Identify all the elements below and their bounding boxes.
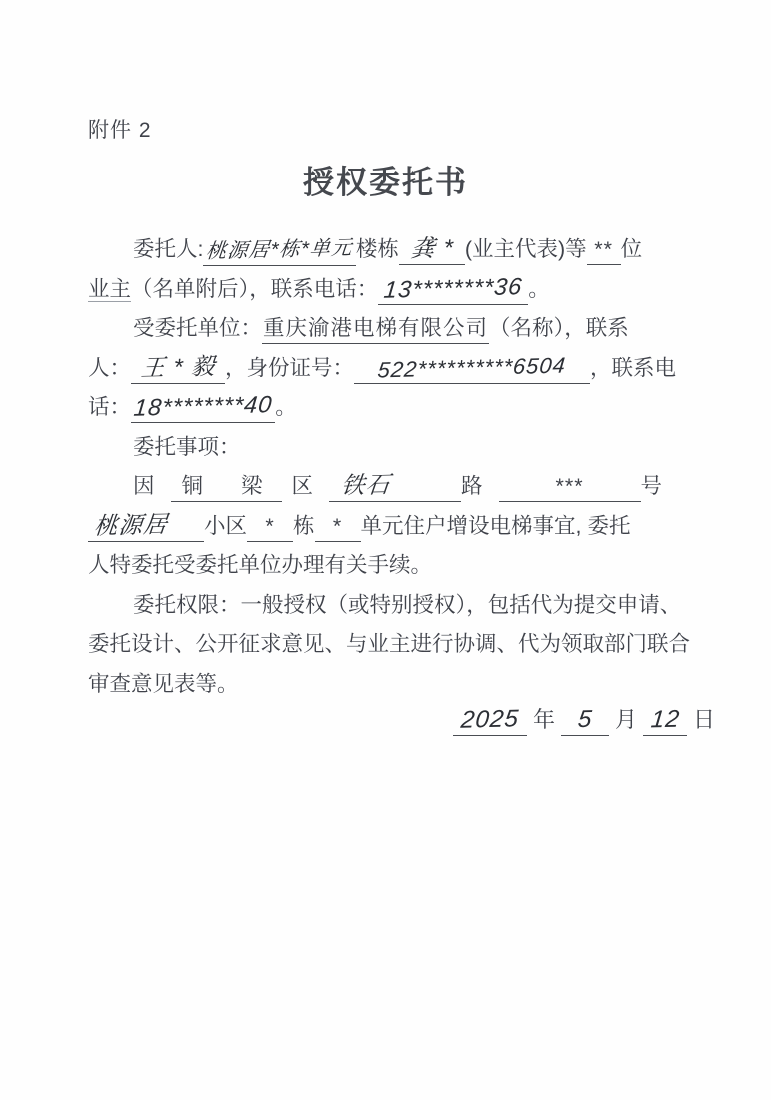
building-label: 楼栋: [356, 237, 399, 261]
matters-heading: 委托事项：: [88, 428, 700, 468]
community-name-fill: 桃源居: [88, 511, 204, 542]
id-number-label: ，身份证号：: [225, 356, 354, 380]
matters-line-2: 桃源居小区*栋*单元住户增设电梯事宜, 委托: [88, 507, 700, 547]
representative-name-fill: 龚 *: [399, 234, 465, 265]
after-company-text: （名称），联系: [489, 316, 629, 340]
district-fill: 铜 梁: [171, 471, 282, 502]
date-day-label: 日: [693, 707, 715, 732]
after-representative-text: (业主代表)等: [465, 237, 587, 261]
contact-name-fill: 王 * 毅: [131, 353, 225, 384]
matters-line-1: 因铜 梁区铁石路***号: [88, 467, 700, 507]
trustee-line-3: 话：18********40。: [88, 388, 700, 428]
building-suffix: 栋: [293, 514, 315, 538]
date-month-fill: 5: [561, 705, 609, 736]
road-name-fill: 铁石: [329, 471, 461, 502]
after-count-text: 位: [621, 237, 643, 261]
client-line2-period: 。: [528, 277, 550, 301]
client-line-2: 业主（名单附后），联系电话：13********36。: [88, 270, 700, 310]
trustee-line-2: 人：王 * 毅，身份证号：522**********6504，联系电: [88, 349, 700, 389]
authority-line-2: 委托设计、公开征求意见、与业主进行协调、代为领取部门联合: [88, 625, 700, 665]
building-number-fill: *: [247, 511, 293, 542]
client-location-fill: 桃源居*栋*单元: [203, 234, 355, 266]
trustee-line2-end: ，联系电: [590, 356, 676, 380]
document-body: 委托人:桃源居*栋*单元楼栋龚 *(业主代表)等**位 业主（名单附后），联系电…: [88, 230, 700, 704]
company-name-fill: 重庆渝港电梯有限公司: [262, 313, 489, 344]
phone-label: 话：: [88, 395, 131, 419]
date-day-fill: 12: [643, 705, 687, 736]
authority-line-3: 审查意见表等。: [88, 665, 700, 705]
owner-count-fill: **: [587, 234, 621, 265]
date-year-fill: 2025: [453, 705, 527, 736]
id-number-fill: 522**********6504: [354, 353, 590, 384]
scanned-document-page: 附件 2 授权委托书 委托人:桃源居*栋*单元楼栋龚 *(业主代表)等**位 业…: [0, 0, 771, 1100]
date-month-label: 月: [615, 707, 637, 732]
client-phone-fill: 13********36: [378, 274, 528, 305]
unit-suffix: 单元住户增设电梯事宜, 委托: [361, 514, 631, 538]
authority-line-1: 委托权限：一般授权（或特别授权），包括代为提交申请、: [88, 586, 700, 626]
trustee-line-1: 受委托单位：重庆渝港电梯有限公司（名称），联系: [88, 309, 700, 349]
number-suffix: 号: [641, 474, 663, 498]
document-title: 授权委托书: [0, 157, 771, 202]
unit-number-fill: *: [315, 511, 361, 542]
client-contact-text: （名单附后），联系电话：: [131, 277, 378, 301]
matters-line-3: 人特委托受委托单位办理有关手续。: [88, 546, 700, 586]
community-suffix: 小区: [204, 514, 247, 538]
date-year-label: 年: [533, 707, 555, 732]
trustee-phone-fill: 18********40: [131, 392, 275, 423]
road-suffix: 路: [461, 474, 483, 498]
client-label: 委托人:: [133, 237, 203, 261]
contact-person-label: 人：: [88, 356, 131, 380]
matters-yin: 因: [133, 474, 155, 498]
attachment-label: 附件 2: [88, 114, 152, 144]
date-line: 2025年5月12日: [447, 700, 715, 740]
district-suffix: 区: [292, 474, 314, 498]
client-line-1: 委托人:桃源居*栋*单元楼栋龚 *(业主代表)等**位: [88, 230, 700, 270]
owner-word: 业主: [88, 277, 131, 302]
street-number-fill: ***: [499, 471, 641, 502]
trustee-label: 受委托单位：: [133, 316, 262, 340]
trustee-line3-period: 。: [275, 395, 297, 419]
